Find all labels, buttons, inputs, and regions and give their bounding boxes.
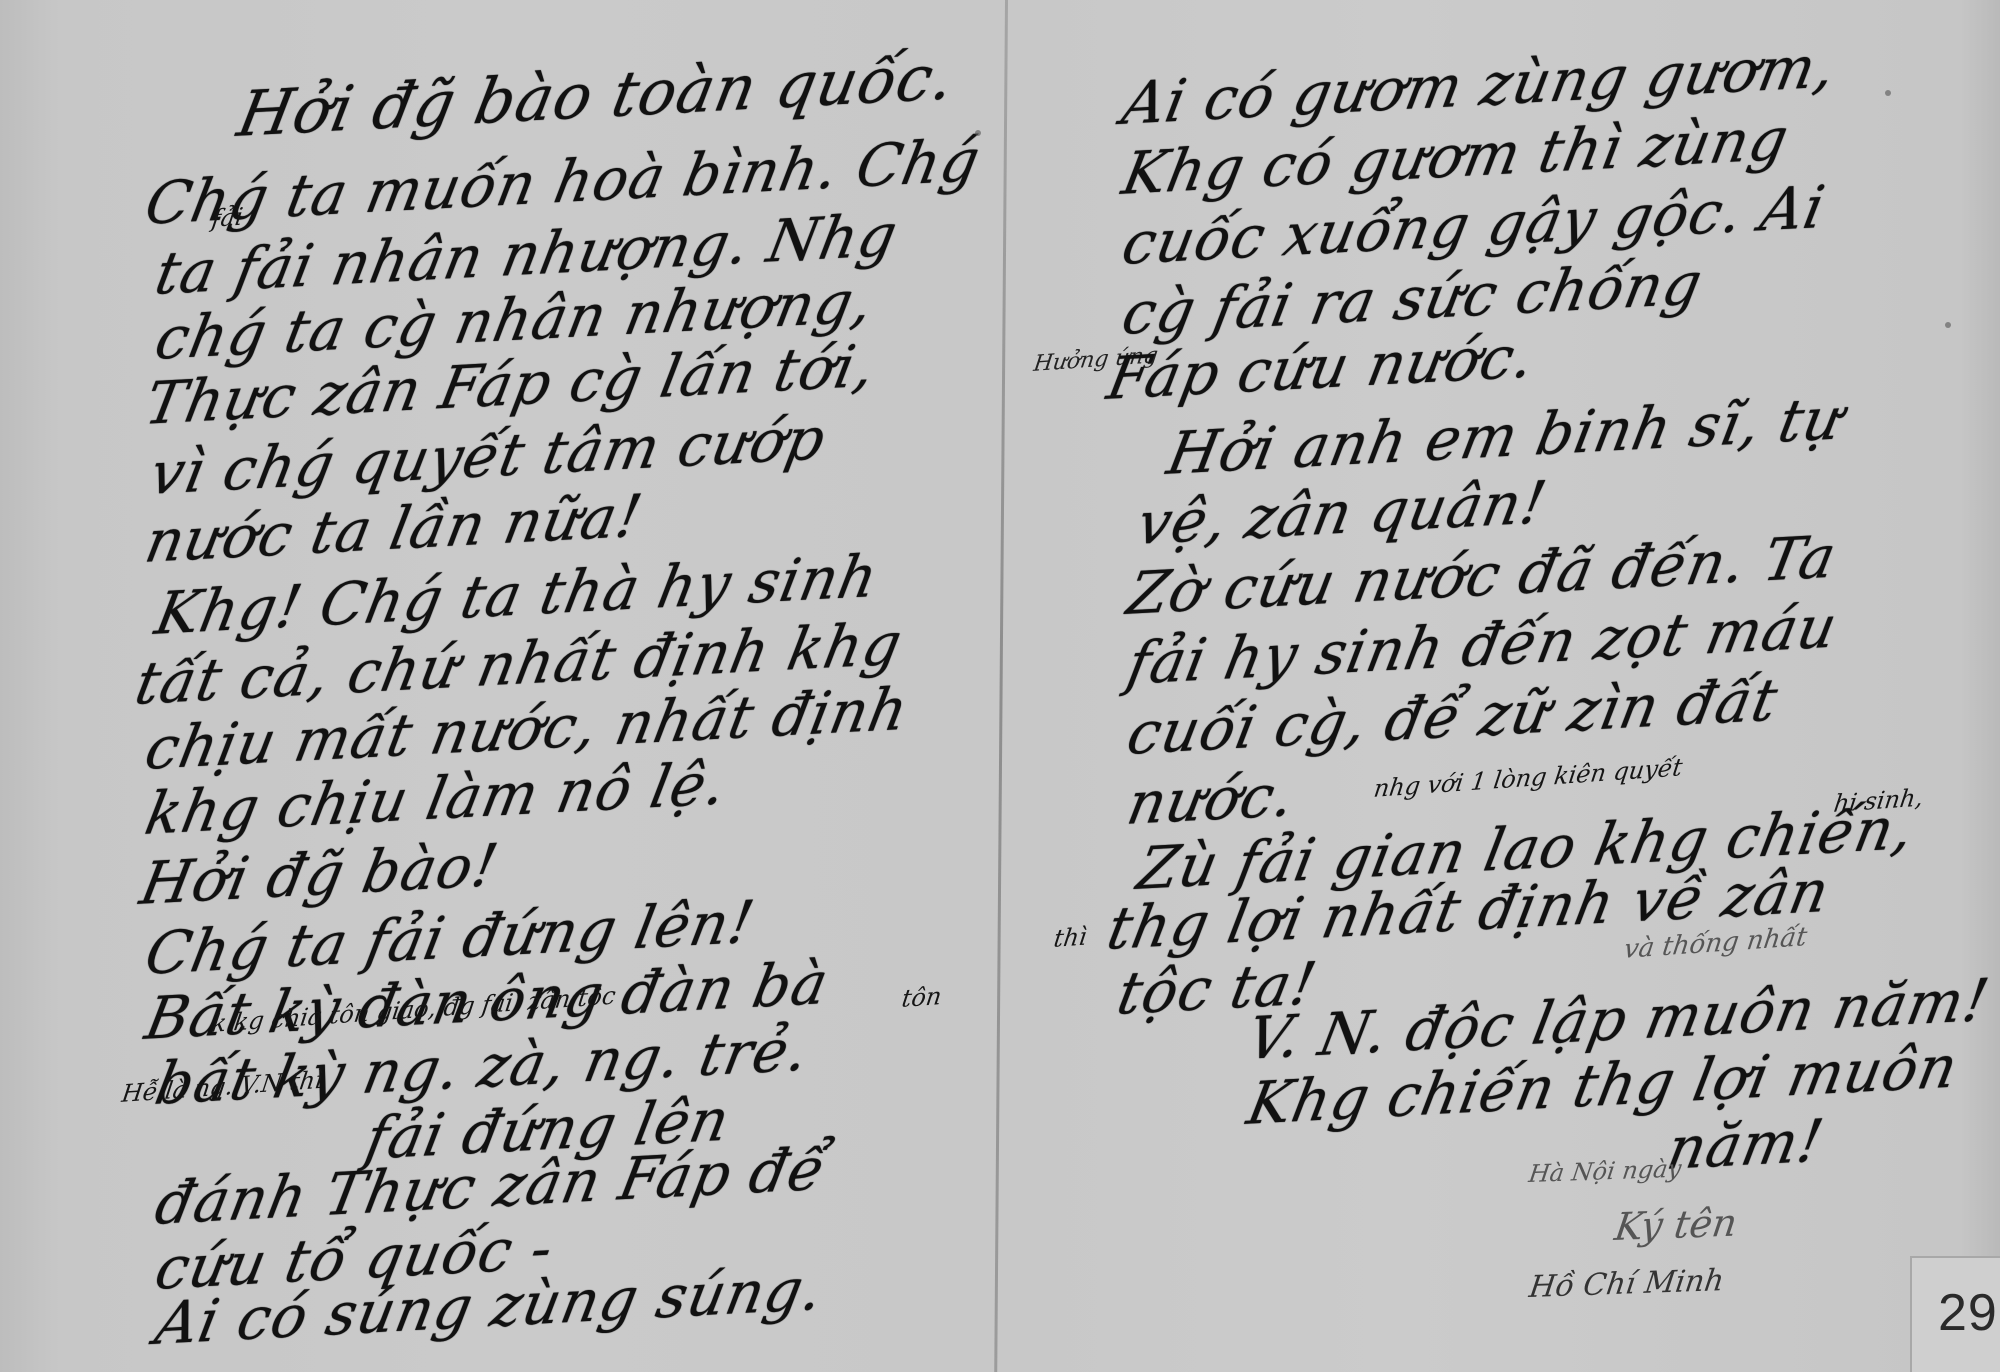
insertion-note: tôn	[900, 982, 943, 1013]
insertion-note: nhg với 1 lòng kiên quyết	[1372, 753, 1684, 803]
right-page: Ai có gươm zùng gươm, Khg có gươm thì zù…	[1012, 0, 2000, 1372]
manuscript-line: nước.	[1122, 761, 1301, 838]
paper-speck	[975, 130, 981, 136]
signature-name: Hồ Chí Minh	[1527, 1263, 1726, 1305]
left-page: Hởi đg̃ bào toàn quốc. Chǵ ta muốn hoà b…	[0, 0, 1008, 1372]
paper-speck	[1945, 322, 1951, 328]
manuscript-line: năm!	[1662, 1106, 1829, 1183]
page-number: 29	[1938, 1283, 1998, 1343]
insertion-note: thì	[1052, 922, 1089, 953]
signature-place: Hà Nội ngày	[1527, 1155, 1683, 1188]
signature-mark: Ký tên	[1612, 1201, 1740, 1249]
insertion-note: fải	[210, 202, 245, 233]
paper-speck	[1885, 90, 1891, 96]
manuscript-scan: Hởi đg̃ bào toàn quốc. Chǵ ta muốn hoà b…	[0, 0, 2000, 1372]
